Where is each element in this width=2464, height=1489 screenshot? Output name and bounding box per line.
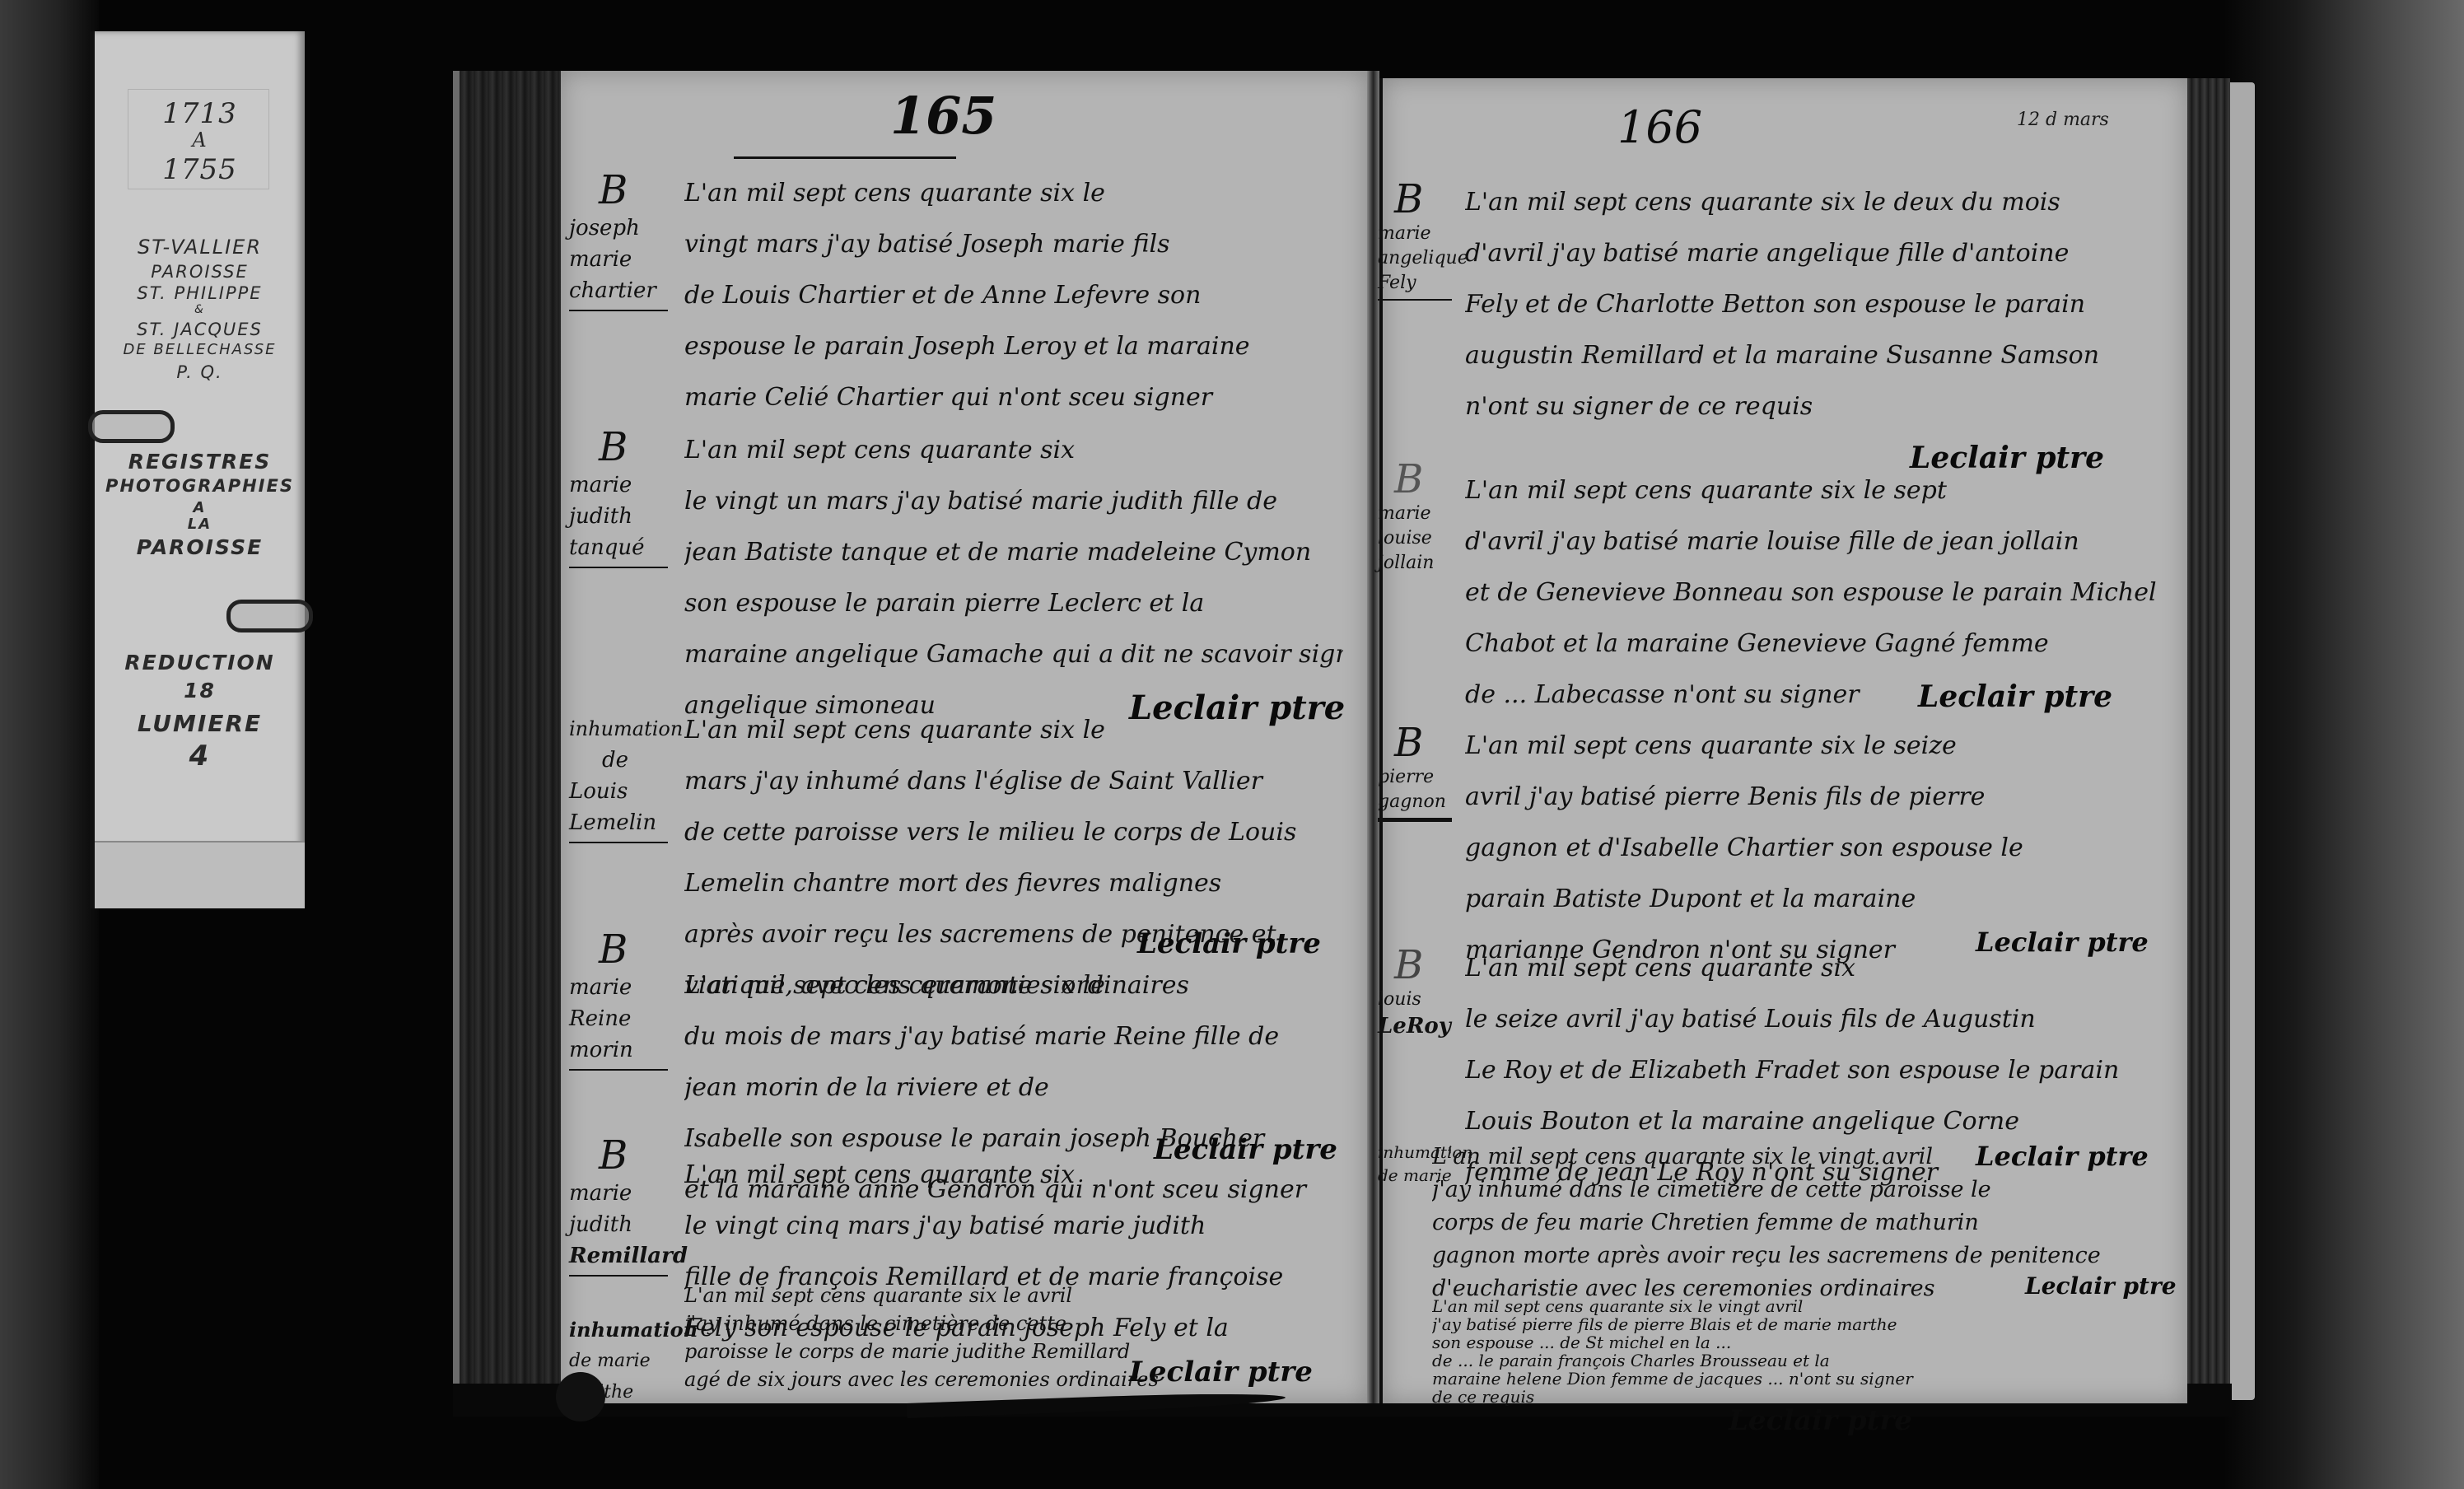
ink-blot [556, 1372, 605, 1421]
entry-line: d'avril j'ay batisé marie louise fille d… [1465, 516, 2173, 567]
priest-signature: Leclair ptre [1918, 679, 2112, 714]
label-parish-line: PAROISSE [95, 262, 305, 282]
entry-line: maraine angelique Gamache qui a dit ne s… [684, 629, 1343, 680]
baptism-symbol: B [1378, 721, 1468, 765]
baptism-symbol: B [569, 425, 693, 469]
margin-name: inhumation [569, 1314, 693, 1346]
priest-signature: Leclair ptre [1154, 1133, 1337, 1166]
priest-signature: Leclair ptre [2025, 1272, 2177, 1300]
baptism-symbol: B [569, 168, 693, 212]
entry-line: jean morin de la riviere et de [684, 1062, 1343, 1113]
entry-line: de ... le parain françois Charles Brouss… [1432, 1351, 2173, 1370]
label-year-separator: A [95, 128, 305, 152]
page-number: 166 [1617, 101, 1702, 153]
label-registry-line: A [95, 499, 305, 516]
margin-name: marie [569, 469, 693, 501]
entry-line: L'an mil sept cens quarante six le [684, 705, 1343, 756]
margin-name: marie [569, 1178, 693, 1209]
margin-name: marie [1378, 502, 1468, 526]
label-parish-line: P. Q. [95, 362, 305, 382]
book-fore-edge-right [2184, 78, 2230, 1404]
microfilm-background-left [0, 0, 99, 1489]
entry-line: marie Celié Chartier qui n'ont sceu sign… [684, 372, 1343, 423]
microfilm-background-right [2224, 0, 2464, 1489]
margin-name: tanqué [569, 532, 693, 563]
entry-line: d'avril j'ay batisé marie angelique fill… [1465, 228, 2173, 279]
entry-line: corps de feu marie Chretien femme de mat… [1432, 1207, 2173, 1239]
entry-line: gagnon morte après avoir reçu les sacrem… [1432, 1239, 2173, 1272]
entry-line: vingt mars j'ay batisé Joseph marie fils [684, 219, 1343, 270]
entry-line: et de Genevieve Bonneau son espouse le p… [1465, 567, 2173, 618]
entry-line: parain Batiste Dupont et la maraine [1465, 874, 2173, 925]
margin-name: Louis [569, 776, 693, 807]
register-entry: B louis LeRoy L'an mil sept cens quarant… [1383, 943, 2187, 1157]
entry-line: L'an mil sept cens quarante six le avril [684, 1281, 1178, 1309]
entry-line: son espouse ... de St michel en la ... [1432, 1333, 2173, 1351]
baptism-symbol: B [1378, 457, 1468, 502]
label-reduction: REDUCTION [95, 651, 305, 674]
margin-name: Fely [1378, 271, 1468, 296]
entry-line: Louis Bouton et la maraine angelique Cor… [1465, 1096, 2173, 1147]
margin-name: jollain [1378, 551, 1468, 576]
label-registry-line: LA [95, 516, 305, 533]
register-entry: B marie angelique Fely L'an mil sept cen… [1383, 177, 2187, 383]
margin-name: pierre [1378, 765, 1468, 790]
register-entry: B marie Reine morin L'an mil sept cens q… [561, 927, 1367, 1125]
entry-line: n'ont su signer de ce requis [1465, 381, 2173, 432]
label-parish-line: DE BELLECHASSE [95, 341, 305, 358]
page-number: 165 [890, 86, 996, 146]
paper-clip-icon [226, 600, 313, 632]
margin-name: joseph [569, 212, 693, 244]
entry-divider [569, 310, 668, 311]
entry-line: L'an mil sept cens quarante six le vingt… [1432, 1297, 2173, 1315]
priest-signature: Leclair ptre [1137, 927, 1321, 960]
register-entry: inhumation de marie L'an mil sept cens q… [1383, 1141, 2187, 1289]
entry-line: Le Roy et de Elizabeth Fradet son espous… [1465, 1045, 2173, 1096]
entry-line: L'an mil sept cens quarante six le deux … [1465, 177, 2173, 228]
margin-name: angelique [1378, 246, 1468, 271]
margin-name: LeRoy [1378, 1012, 1468, 1040]
entry-line: agé de six jours avec les ceremonies ord… [684, 1365, 1178, 1393]
page-number-underline [734, 156, 956, 159]
entry-line: L'an mil sept cens quarante six le [684, 168, 1343, 219]
baptism-symbol: B [1378, 177, 1468, 222]
register-entry: inhumation de Louis Lemelin L'an mil sep… [561, 713, 1367, 936]
register-entry: B joseph marie chartier L'an mil sept ce… [561, 168, 1367, 366]
margin-name: chartier [569, 275, 693, 306]
margin-name: louis [1378, 987, 1468, 1012]
margin-name: Reine [569, 1003, 693, 1034]
entry-line: j'ay inhumé dans le cimetière de cette p… [1432, 1174, 2173, 1207]
register-entry: B marie judith tanqué L'an mil sept cens… [561, 425, 1367, 697]
entry-line: Lemelin chantre mort des fievres maligne… [684, 858, 1343, 909]
entry-divider [569, 1069, 668, 1071]
entry-divider [569, 842, 668, 843]
label-lumiere: LUMIERE [95, 710, 305, 737]
priest-signature: Leclair ptre [1910, 441, 2104, 475]
label-year-end: 1755 [95, 153, 305, 186]
label-year-start: 1713 [95, 97, 305, 130]
entry-line: Fely et de Charlotte Betton son espouse … [1465, 279, 2173, 330]
margin-name: marie [569, 972, 693, 1003]
margin-name: Lemelin [569, 807, 693, 838]
entry-divider [569, 1275, 668, 1277]
entry-line: maraine helene Dion femme de jacques ...… [1432, 1370, 2173, 1388]
label-parish-line: ST. JACQUES [95, 320, 305, 339]
entry-line: L'an mil sept cens quarante six [684, 425, 1343, 476]
entry-line: espouse le parain Joseph Leroy et la mar… [684, 321, 1343, 372]
entry-line: de cette paroisse vers le milieu le corp… [684, 807, 1343, 858]
register-page-right: 166 12 d mars B marie angelique Fely L'a… [1379, 78, 2187, 1403]
margin-name: marie [1378, 222, 1468, 246]
label-card-bottom-strip [95, 841, 305, 908]
margin-name: gagnon [1378, 790, 1468, 815]
baptism-symbol: B [1378, 943, 1468, 987]
margin-name: de [569, 744, 693, 776]
entry-line: gagnon et d'Isabelle Chartier son espous… [1465, 823, 2173, 874]
label-lumiere-value: 4 [95, 740, 305, 773]
entry-line: de ce requis [1432, 1388, 2173, 1406]
folio-note: 12 d mars [2017, 110, 2109, 130]
priest-signature: Leclair ptre [1976, 927, 2149, 958]
priest-signature: Leclair ptre [1729, 1404, 1912, 1437]
label-parish-line: & [95, 303, 305, 316]
entry-line: augustin Remillard et la maraine Susanne… [1465, 330, 2173, 381]
book-edge-strip-right [2230, 82, 2255, 1400]
entry-divider [569, 567, 668, 568]
label-registry-line: PAROISSE [95, 535, 305, 559]
entry-line: j'ay inhumé dans le cimetière de cette [684, 1309, 1178, 1337]
label-parish-line: ST. PHILIPPE [95, 283, 305, 303]
priest-signature: Leclair ptre [1129, 1356, 1313, 1389]
margin-name: inhumation [569, 713, 693, 744]
margin-name: louise [1378, 526, 1468, 551]
entry-divider [1378, 299, 1452, 301]
register-entry: L'an mil sept cens quarante six le vingt… [1383, 1305, 2187, 1404]
entry-line: son espouse le parain pierre Leclerc et … [684, 578, 1343, 629]
entry-divider [1378, 818, 1452, 822]
label-registry-line: REGISTRES [95, 450, 305, 474]
entry-line: j'ay batisé pierre fils de pierre Blais … [1432, 1315, 2173, 1333]
baptism-symbol: B [569, 927, 693, 972]
paper-clip-icon [88, 410, 175, 443]
margin-name: morin [569, 1034, 693, 1066]
entry-line: paroisse le corps de marie judithe Remil… [684, 1337, 1178, 1365]
margin-name: judith [569, 501, 693, 532]
entry-line: jean Batiste tanque et de marie madelein… [684, 527, 1343, 578]
entry-line: le seize avril j'ay batisé Louis fils de… [1465, 994, 2173, 1045]
entry-line: Chabot et la maraine Genevieve Gagné fem… [1465, 618, 2173, 670]
book-fore-edge-left [453, 71, 567, 1405]
register-page-left: 165 B joseph marie chartier L'an mil sep… [561, 71, 1367, 1403]
margin-name: marie [569, 244, 693, 275]
entry-line: de Louis Chartier et de Anne Lefevre son [684, 270, 1343, 321]
entry-line: L'an mil sept cens quarante six le vingt… [1432, 1141, 2173, 1174]
register-entry: B pierre gagnon L'an mil sept cens quara… [1383, 721, 2187, 935]
entry-line: L'an mil sept cens quarante six le [684, 960, 1343, 1011]
register-entry: B marie louise jollain L'an mil sept cen… [1383, 457, 2187, 712]
margin-name: Remillard [569, 1240, 693, 1272]
label-reduction-value: 18 [95, 679, 305, 702]
entry-line: le vingt un mars j'ay batisé marie judit… [684, 476, 1343, 527]
entry-line: le vingt cinq mars j'ay batisé marie jud… [684, 1201, 1343, 1252]
entry-line: avril j'ay batisé pierre Benis fils de p… [1465, 772, 2173, 823]
label-parish-line: ST-VALLIER [95, 236, 305, 259]
entry-line: L'an mil sept cens quarante six le seize [1465, 721, 2173, 772]
baptism-symbol: B [569, 1133, 693, 1178]
margin-name: judith [569, 1209, 693, 1240]
archive-label-card: 1713 A 1755 ST-VALLIER PAROISSE ST. PHIL… [90, 31, 305, 908]
register-entry: inhumation de marie judithe L'an mil sep… [561, 1314, 1367, 1479]
entry-line: du mois de mars j'ay batisé marie Reine … [684, 1011, 1343, 1062]
label-registry-line: PHOTOGRAPHIES [95, 476, 305, 496]
closing-flourish [907, 1390, 1286, 1418]
entry-line: mars j'ay inhumé dans l'église de Saint … [684, 756, 1343, 807]
